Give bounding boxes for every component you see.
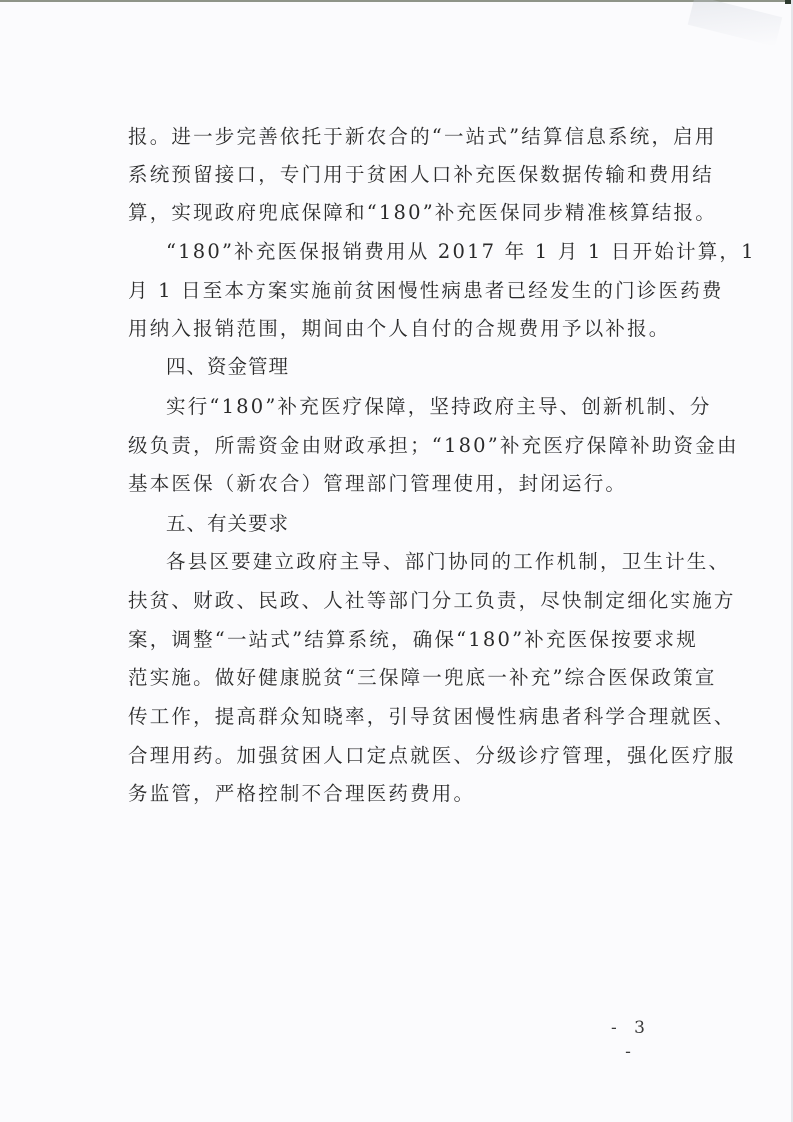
section-5-line-5: 传工作，提高群众知晓率，引导贫困慢性病患者科学合理就医、 — [128, 701, 673, 733]
section-4-line-3: 基本医保（新农合）管理部门管理使用，封闭运行。 — [128, 468, 673, 500]
section-4-line-2: 级负责，所需资金由财政承担；“180”补充医疗保障补助资金由 — [128, 430, 673, 462]
page-number: - 3 - — [601, 1016, 661, 1040]
section-4-line-1: 实行“180”补充医疗保障，坚持政府主导、创新机制、分 — [128, 391, 673, 423]
document-page: 报。进一步完善依托于新农合的“一站式”结算信息系统，启用 系统预留接口，专门用于… — [0, 0, 793, 1122]
section-5-line-4: 范实施。做好健康脱贫“三保障一兜底一补充”综合医保政策宣 — [128, 662, 673, 694]
paragraph-2-line-3: 用纳入报销范围，期间由个人自付的合规费用予以补报。 — [128, 313, 673, 345]
section-heading-requirements: 五、有关要求 — [166, 508, 289, 540]
paragraph-2-line-2: 月 1 日至本方案实施前贫困慢性病患者已经发生的门诊医药费 — [128, 275, 673, 307]
paragraph-1-line-1: 报。进一步完善依托于新农合的“一站式”结算信息系统，启用 — [128, 121, 673, 153]
section-heading-fund-management: 四、资金管理 — [166, 351, 289, 383]
section-5-line-2: 扶贫、财政、民政、人社等部门分工负责，尽快制定细化实施方 — [128, 585, 673, 617]
paragraph-2-line-1: “180”补充医保报销费用从 2017 年 1 月 1 日开始计算，1 — [128, 236, 673, 268]
section-5-line-3: 案，调整“一站式”结算系统，确保“180”补充医保按要求规 — [128, 624, 673, 656]
section-5-line-7: 务监管，严格控制不合理医药费用。 — [128, 778, 673, 810]
paragraph-1-line-3: 算，实现政府兜底保障和“180”补充医保同步精准核算结报。 — [128, 197, 673, 229]
paragraph-1-line-2: 系统预留接口，专门用于贫困人口补充医保数据传输和费用结 — [128, 159, 673, 191]
section-5-line-6: 合理用药。加强贫困人口定点就医、分级诊疗管理，强化医疗服 — [128, 740, 673, 772]
section-5-line-1: 各县区要建立政府主导、部门协同的工作机制，卫生计生、 — [128, 546, 673, 578]
